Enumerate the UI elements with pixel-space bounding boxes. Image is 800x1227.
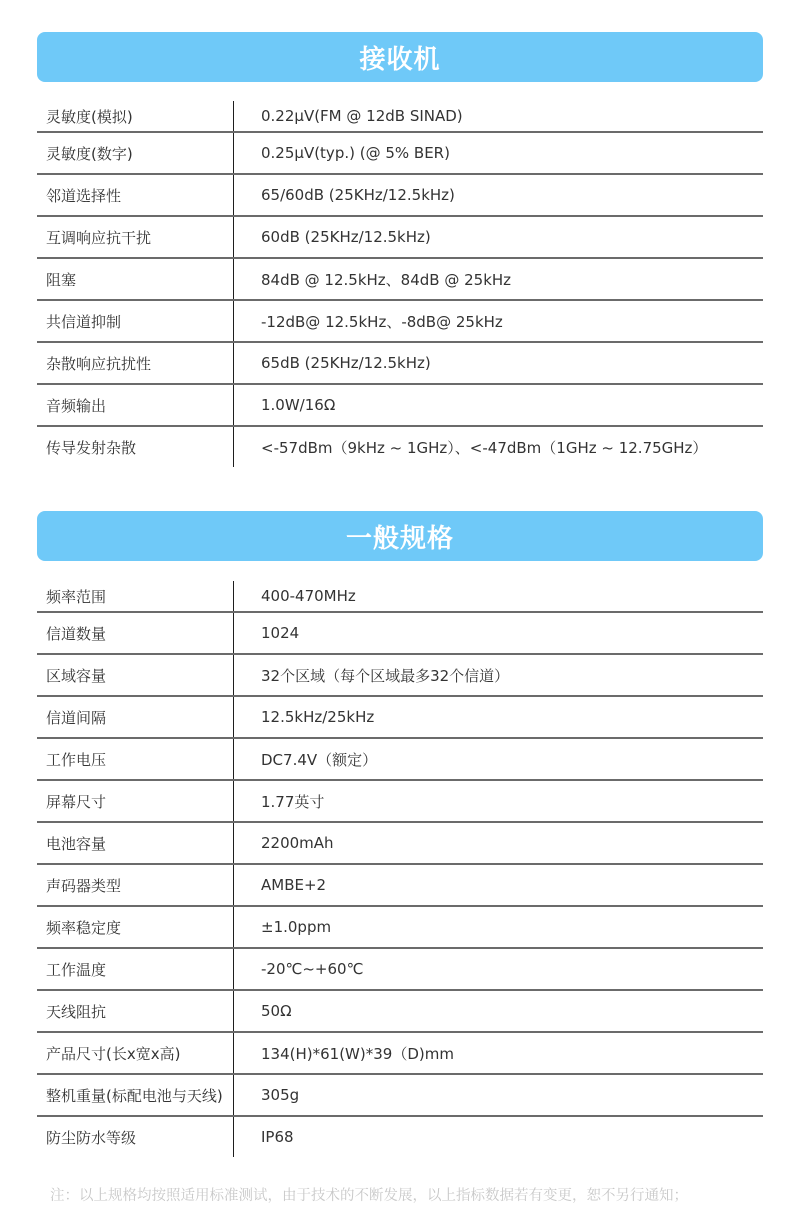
spec-value: 12.5kHz/25kHz xyxy=(234,708,374,726)
spec-row: 频率稳定度 ±1.0ppm xyxy=(37,907,763,949)
spec-label: 音频输出 xyxy=(37,385,234,425)
spec-row: 邻道选择性 65/60dB (25KHz/12.5kHz) xyxy=(37,175,763,217)
spec-value: DC7.4V（额定） xyxy=(234,749,377,770)
spec-row: 杂散响应抗扰性 65dB (25KHz/12.5kHz) xyxy=(37,343,763,385)
spec-row: 互调响应抗干扰 60dB (25KHz/12.5kHz) xyxy=(37,217,763,259)
spec-row: 信道间隔 12.5kHz/25kHz xyxy=(37,697,763,739)
spec-label: 阻塞 xyxy=(37,259,234,299)
spec-row: 声码器类型 AMBE+2 xyxy=(37,865,763,907)
spec-value: 1024 xyxy=(234,624,299,642)
spec-value: 0.25μV(typ.) (@ 5% BER) xyxy=(234,144,450,162)
spec-label: 声码器类型 xyxy=(37,865,234,905)
spec-label: 工作电压 xyxy=(37,739,234,779)
spec-row: 共信道抑制 -12dB@ 12.5kHz、-8dB@ 25kHz xyxy=(37,301,763,343)
spec-row: 工作温度 -20℃~+60℃ xyxy=(37,949,763,991)
spec-value: 84dB @ 12.5kHz、84dB @ 25kHz xyxy=(234,269,511,290)
spec-value: <-57dBm（9kHz ~ 1GHz）、<-47dBm（1GHz ~ 12.7… xyxy=(234,437,707,458)
spec-label: 屏幕尺寸 xyxy=(37,781,234,821)
general-section-title: 一般规格 xyxy=(346,518,454,555)
spec-value: 400-470MHz xyxy=(234,587,356,605)
spec-label: 频率范围 xyxy=(37,581,234,611)
spec-label: 传导发射杂散 xyxy=(37,427,234,467)
spec-label: 区域容量 xyxy=(37,655,234,695)
spec-value: -20℃~+60℃ xyxy=(234,960,363,978)
spec-label: 杂散响应抗扰性 xyxy=(37,343,234,383)
spec-value: IP68 xyxy=(234,1128,294,1146)
spec-row: 信道数量 1024 xyxy=(37,613,763,655)
spec-value: 305g xyxy=(234,1086,299,1104)
spec-value: 65/60dB (25KHz/12.5kHz) xyxy=(234,186,455,204)
receiver-spec-table: 灵敏度(模拟) 0.22μV(FM @ 12dB SINAD) 灵敏度(数字) … xyxy=(37,101,763,467)
spec-row: 灵敏度(数字) 0.25μV(typ.) (@ 5% BER) xyxy=(37,133,763,175)
spec-value: 50Ω xyxy=(234,1002,292,1020)
spec-row: 防尘防水等级 IP68 xyxy=(37,1117,763,1157)
spec-value: -12dB@ 12.5kHz、-8dB@ 25kHz xyxy=(234,311,503,332)
spec-row: 频率范围 400-470MHz xyxy=(37,581,763,613)
spec-value: AMBE+2 xyxy=(234,876,326,894)
spec-row: 区域容量 32个区域（每个区域最多32个信道） xyxy=(37,655,763,697)
spec-value: 134(H)*61(W)*39（D)mm xyxy=(234,1043,454,1064)
spec-row: 天线阻抗 50Ω xyxy=(37,991,763,1033)
spec-value: 32个区域（每个区域最多32个信道） xyxy=(234,665,509,686)
spec-label: 整机重量(标配电池与天线) xyxy=(37,1075,234,1115)
spec-label: 天线阻抗 xyxy=(37,991,234,1031)
spec-label: 灵敏度(数字) xyxy=(37,133,234,173)
spec-value: 1.0W/16Ω xyxy=(234,396,335,414)
spec-value: 0.22μV(FM @ 12dB SINAD) xyxy=(234,107,463,125)
spec-row: 音频输出 1.0W/16Ω xyxy=(37,385,763,427)
disclaimer-footnote: 注：以上规格均按照适用标准测试，由于技术的不断发展，以上指标数据若有变更，恕不另… xyxy=(50,1184,770,1205)
spec-label: 频率稳定度 xyxy=(37,907,234,947)
spec-row: 产品尺寸(长x宽x高) 134(H)*61(W)*39（D)mm xyxy=(37,1033,763,1075)
spec-row: 传导发射杂散 <-57dBm（9kHz ~ 1GHz）、<-47dBm（1GHz… xyxy=(37,427,763,467)
spec-label: 共信道抑制 xyxy=(37,301,234,341)
spec-value: 2200mAh xyxy=(234,834,334,852)
spec-label: 防尘防水等级 xyxy=(37,1117,234,1157)
spec-value: 65dB (25KHz/12.5kHz) xyxy=(234,354,431,372)
spec-label: 灵敏度(模拟) xyxy=(37,101,234,131)
spec-value: 60dB (25KHz/12.5kHz) xyxy=(234,228,431,246)
spec-row: 灵敏度(模拟) 0.22μV(FM @ 12dB SINAD) xyxy=(37,101,763,133)
spec-label: 信道间隔 xyxy=(37,697,234,737)
spec-label: 互调响应抗干扰 xyxy=(37,217,234,257)
spec-label: 邻道选择性 xyxy=(37,175,234,215)
spec-row: 电池容量 2200mAh xyxy=(37,823,763,865)
spec-row: 整机重量(标配电池与天线) 305g xyxy=(37,1075,763,1117)
general-spec-table: 频率范围 400-470MHz 信道数量 1024 区域容量 32个区域（每个区… xyxy=(37,581,763,1157)
spec-row: 工作电压 DC7.4V（额定） xyxy=(37,739,763,781)
spec-row: 阻塞 84dB @ 12.5kHz、84dB @ 25kHz xyxy=(37,259,763,301)
spec-label: 工作温度 xyxy=(37,949,234,989)
receiver-section-header: 接收机 xyxy=(37,32,763,82)
spec-value: ±1.0ppm xyxy=(234,918,331,936)
spec-value: 1.77英寸 xyxy=(234,791,324,812)
spec-row: 屏幕尺寸 1.77英寸 xyxy=(37,781,763,823)
spec-label: 信道数量 xyxy=(37,613,234,653)
spec-label: 电池容量 xyxy=(37,823,234,863)
spec-label: 产品尺寸(长x宽x高) xyxy=(37,1033,234,1073)
receiver-section-title: 接收机 xyxy=(359,39,440,76)
general-section-header: 一般规格 xyxy=(37,511,763,561)
